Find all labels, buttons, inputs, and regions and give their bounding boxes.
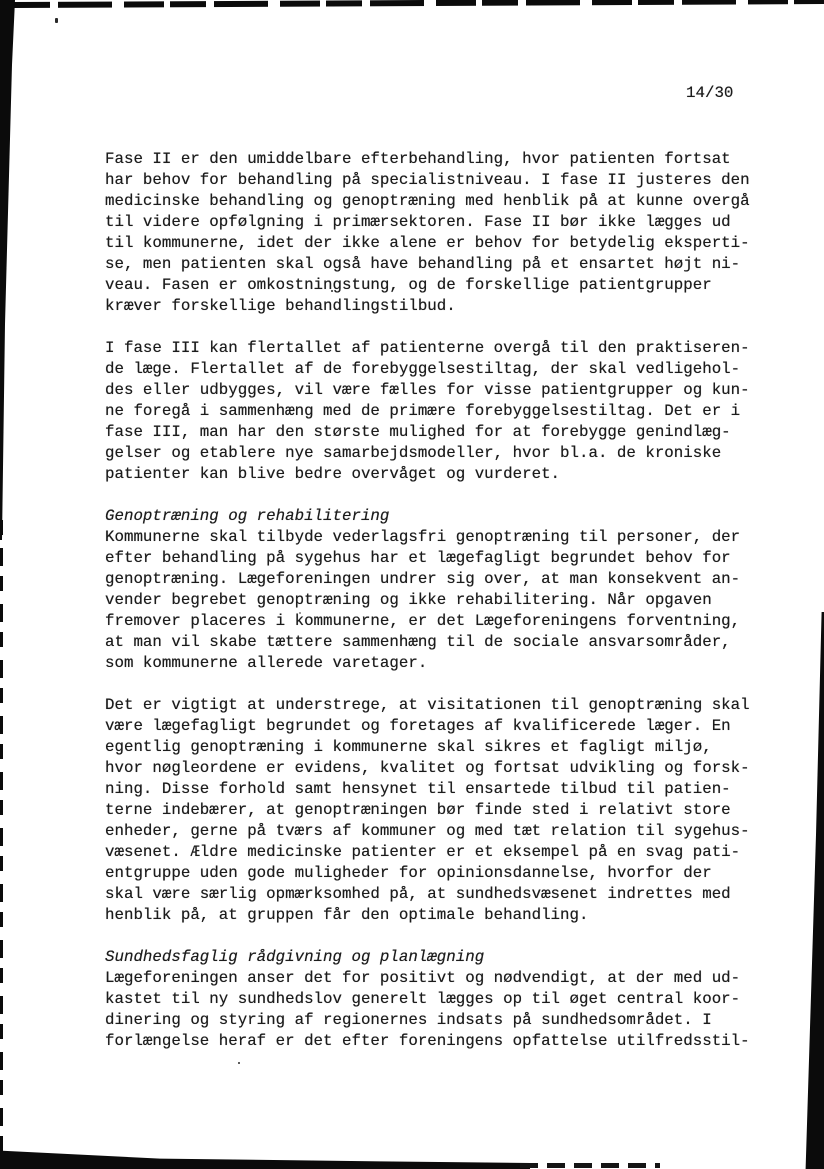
document-line: til videre opfølgning i primærsektoren. … xyxy=(105,212,765,233)
paragraph: Fase II er den umiddelbare efterbehandli… xyxy=(105,149,765,317)
document-line: medicinske behandling og genoptræning me… xyxy=(105,191,765,212)
document-line: til kommunerne, idet der ikke alene er b… xyxy=(105,233,765,254)
document-line: genoptræning. Lægeforeningen undrer sig … xyxy=(105,569,765,590)
scan-speck xyxy=(55,18,58,23)
document-line: egentlig genoptræning i kommunerne skal … xyxy=(105,737,765,758)
document-line: veau. Fasen er omkostningstung, og de fo… xyxy=(105,275,765,296)
page-number: 14/30 xyxy=(686,84,733,102)
paragraph: I fase III kan flertallet af patienterne… xyxy=(105,338,765,485)
document-line: entgruppe uden gode muligheder for opini… xyxy=(105,863,765,884)
scan-bottom-edge-dashes xyxy=(520,1163,660,1168)
document-line: Kommunerne skal tilbyde vederlagsfri gen… xyxy=(105,527,765,548)
document-line: efter behandling på sygehus har et lægef… xyxy=(105,548,765,569)
document-line: I fase III kan flertallet af patienterne… xyxy=(105,338,765,359)
document-line: terne indebærer, at genoptræningen bør f… xyxy=(105,800,765,821)
document-line: vender begrebet genoptræning og ikke reh… xyxy=(105,590,765,611)
document-line: ning. Disse forhold samt hensynet til en… xyxy=(105,779,765,800)
document-line: henblik på, at gruppen får den optimale … xyxy=(105,905,765,926)
document-line: som kommunerne allerede varetager. xyxy=(105,653,765,674)
document-line: de læge. Flertallet af de forebyggelsest… xyxy=(105,359,765,380)
document-line: gelser og etablere nye samarbejdsmodelle… xyxy=(105,443,765,464)
scan-top-edge-line xyxy=(14,0,824,8)
paragraph: Det er vigtigt at understrege, at visita… xyxy=(105,695,765,926)
document-line: forlængelse heraf er det efter foreninge… xyxy=(105,1031,765,1052)
document-line: se, men patienten skal også have behandl… xyxy=(105,254,765,275)
document-line: dinering og styring af regionernes indsa… xyxy=(105,1010,765,1031)
document-line: ne foregå i sammenhæng med de primære fo… xyxy=(105,401,765,422)
document-line: har behov for behandling på specialistni… xyxy=(105,170,765,191)
document-body: Fase II er den umiddelbare efterbehandli… xyxy=(105,149,765,1073)
document-line: kræver forskellige behandlingstilbud. xyxy=(105,296,765,317)
paragraph: Lægeforeningen anser det for positivt og… xyxy=(105,968,765,1052)
section-heading-text: Sundhedsfaglig rådgivning og planlægning xyxy=(105,947,765,968)
document-line: enheder, gerne på tværs af kommuner og m… xyxy=(105,821,765,842)
document-line: Fase II er den umiddelbare efterbehandli… xyxy=(105,149,765,170)
document-line: des eller udbygges, vil være fælles for … xyxy=(105,380,765,401)
document-line: væsenet. Ældre medicinske patienter er e… xyxy=(105,842,765,863)
scanned-document-page: { "document": { "page_number": "14/30", … xyxy=(0,0,824,1169)
paragraph: Kommunerne skal tilbyde vederlagsfri gen… xyxy=(105,527,765,674)
scan-bottom-edge-bar xyxy=(0,1149,824,1169)
section-heading-text: Genoptræning og rehabilitering xyxy=(105,506,765,527)
document-line: fase III, man har den største mulighed f… xyxy=(105,422,765,443)
document-line: hvor nøgleordene er evidens, kvalitet og… xyxy=(105,758,765,779)
section-heading: Sundhedsfaglig rådgivning og planlægning xyxy=(105,947,765,968)
document-line: patienter kan blive bedre overvåget og v… xyxy=(105,464,765,485)
document-line: skal være særlig opmærksomhed på, at sun… xyxy=(105,884,765,905)
scan-left-edge-wedge xyxy=(0,0,16,540)
document-line: Det er vigtigt at understrege, at visita… xyxy=(105,695,765,716)
section-heading: Genoptræning og rehabilitering xyxy=(105,506,765,527)
document-line: kastet til ny sundhedslov generelt lægge… xyxy=(105,989,765,1010)
document-line: være lægefagligt begrundet og foretages … xyxy=(105,716,765,737)
scan-left-edge-dashes xyxy=(0,520,3,1165)
document-line: fremover placeres i kommunerne, er det L… xyxy=(105,611,765,632)
scan-right-edge-wedge xyxy=(804,612,824,1169)
document-line: Lægeforeningen anser det for positivt og… xyxy=(105,968,765,989)
document-line: at man vil skabe tættere sammenhæng til … xyxy=(105,632,765,653)
